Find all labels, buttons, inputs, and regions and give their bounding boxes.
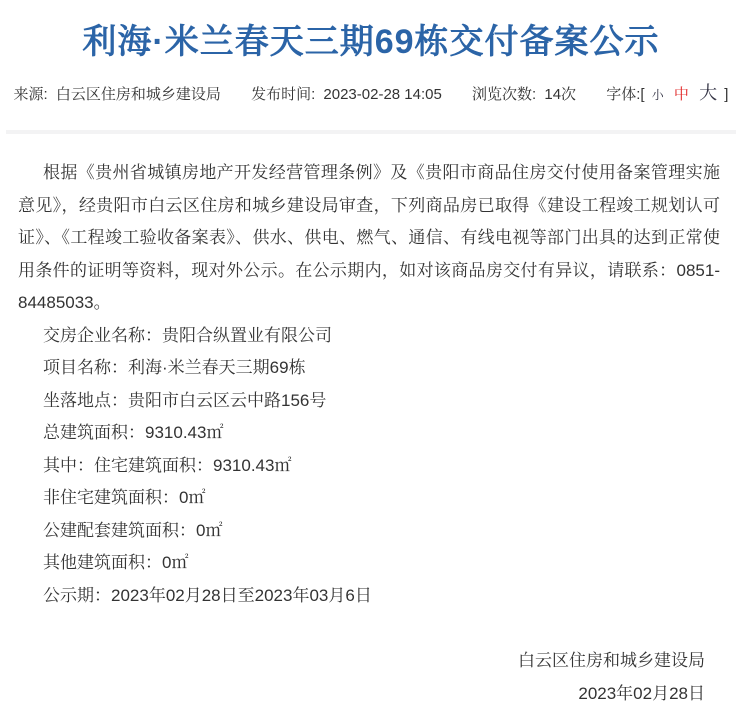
signature-agency: 白云区住房和城乡建设局 bbox=[18, 645, 705, 678]
article-item-location: 坐落地点：贵阳市白云区云中路156号 bbox=[18, 385, 720, 418]
meta-source-value: 白云区住房和城乡建设局 bbox=[56, 86, 221, 103]
meta-views-value: 14次 bbox=[544, 86, 576, 103]
font-small-button[interactable]: 小 bbox=[652, 84, 664, 106]
article-item-public-facility-area: 公建配套建筑面积：0㎡ bbox=[18, 515, 720, 548]
meta-views: 浏览次数: 14次 bbox=[472, 84, 576, 106]
meta-publish-label: 发布时间: bbox=[251, 86, 315, 103]
meta-publish-value: 2023-02-28 14:05 bbox=[323, 86, 441, 103]
article-header: 利海·米兰春天三期69栋交付备案公示 来源: 白云区住房和城乡建设局 发布时间:… bbox=[0, 0, 742, 106]
article-item-delivery-company: 交房企业名称：贵阳合纵置业有限公司 bbox=[18, 320, 720, 353]
font-size-bracket-close: ] bbox=[724, 86, 728, 103]
font-medium-button[interactable]: 中 bbox=[674, 84, 689, 106]
article-item-other-area: 其他建筑面积：0㎡ bbox=[18, 547, 720, 580]
page-title: 利海·米兰春天三期69栋交付备案公示 bbox=[0, 20, 742, 64]
article-item-publicity-period: 公示期：2023年02月28日至2023年03月6日 bbox=[18, 580, 720, 613]
article-item-residential-area: 其中：住宅建筑面积：9310.43㎡ bbox=[18, 450, 720, 483]
notice-page: 利海·米兰春天三期69栋交付备案公示 来源: 白云区住房和城乡建设局 发布时间:… bbox=[0, 0, 742, 720]
meta-views-label: 浏览次数: bbox=[472, 86, 536, 103]
article-item-project-name: 项目名称：利海·米兰春天三期69栋 bbox=[18, 352, 720, 385]
font-size-label: 字体:[ bbox=[606, 86, 644, 103]
meta-source: 来源: 白云区住房和城乡建设局 bbox=[14, 84, 221, 106]
article-paragraph: 根据《贵州省城镇房地产开发经营管理条例》及《贵阳市商品住房交付使用备案管理实施意… bbox=[18, 157, 720, 320]
article-item-total-area: 总建筑面积：9310.43㎡ bbox=[18, 417, 720, 450]
article-item-nonresidential-area: 非住宅建筑面积：0㎡ bbox=[18, 482, 720, 515]
signature-block: 白云区住房和城乡建设局 2023年02月28日 bbox=[18, 645, 720, 710]
signature-date: 2023年02月28日 bbox=[18, 678, 705, 711]
article-body: 根据《贵州省城镇房地产开发经营管理条例》及《贵阳市商品住房交付使用备案管理实施意… bbox=[0, 134, 742, 710]
meta-source-label: 来源: bbox=[14, 86, 48, 103]
meta-publish-time: 发布时间: 2023-02-28 14:05 bbox=[251, 84, 442, 106]
font-size-control: 字体:[ 小 中 大 ] bbox=[606, 82, 728, 106]
font-large-button[interactable]: 大 bbox=[699, 82, 717, 104]
meta-bar: 来源: 白云区住房和城乡建设局 发布时间: 2023-02-28 14:05 浏… bbox=[0, 82, 742, 106]
